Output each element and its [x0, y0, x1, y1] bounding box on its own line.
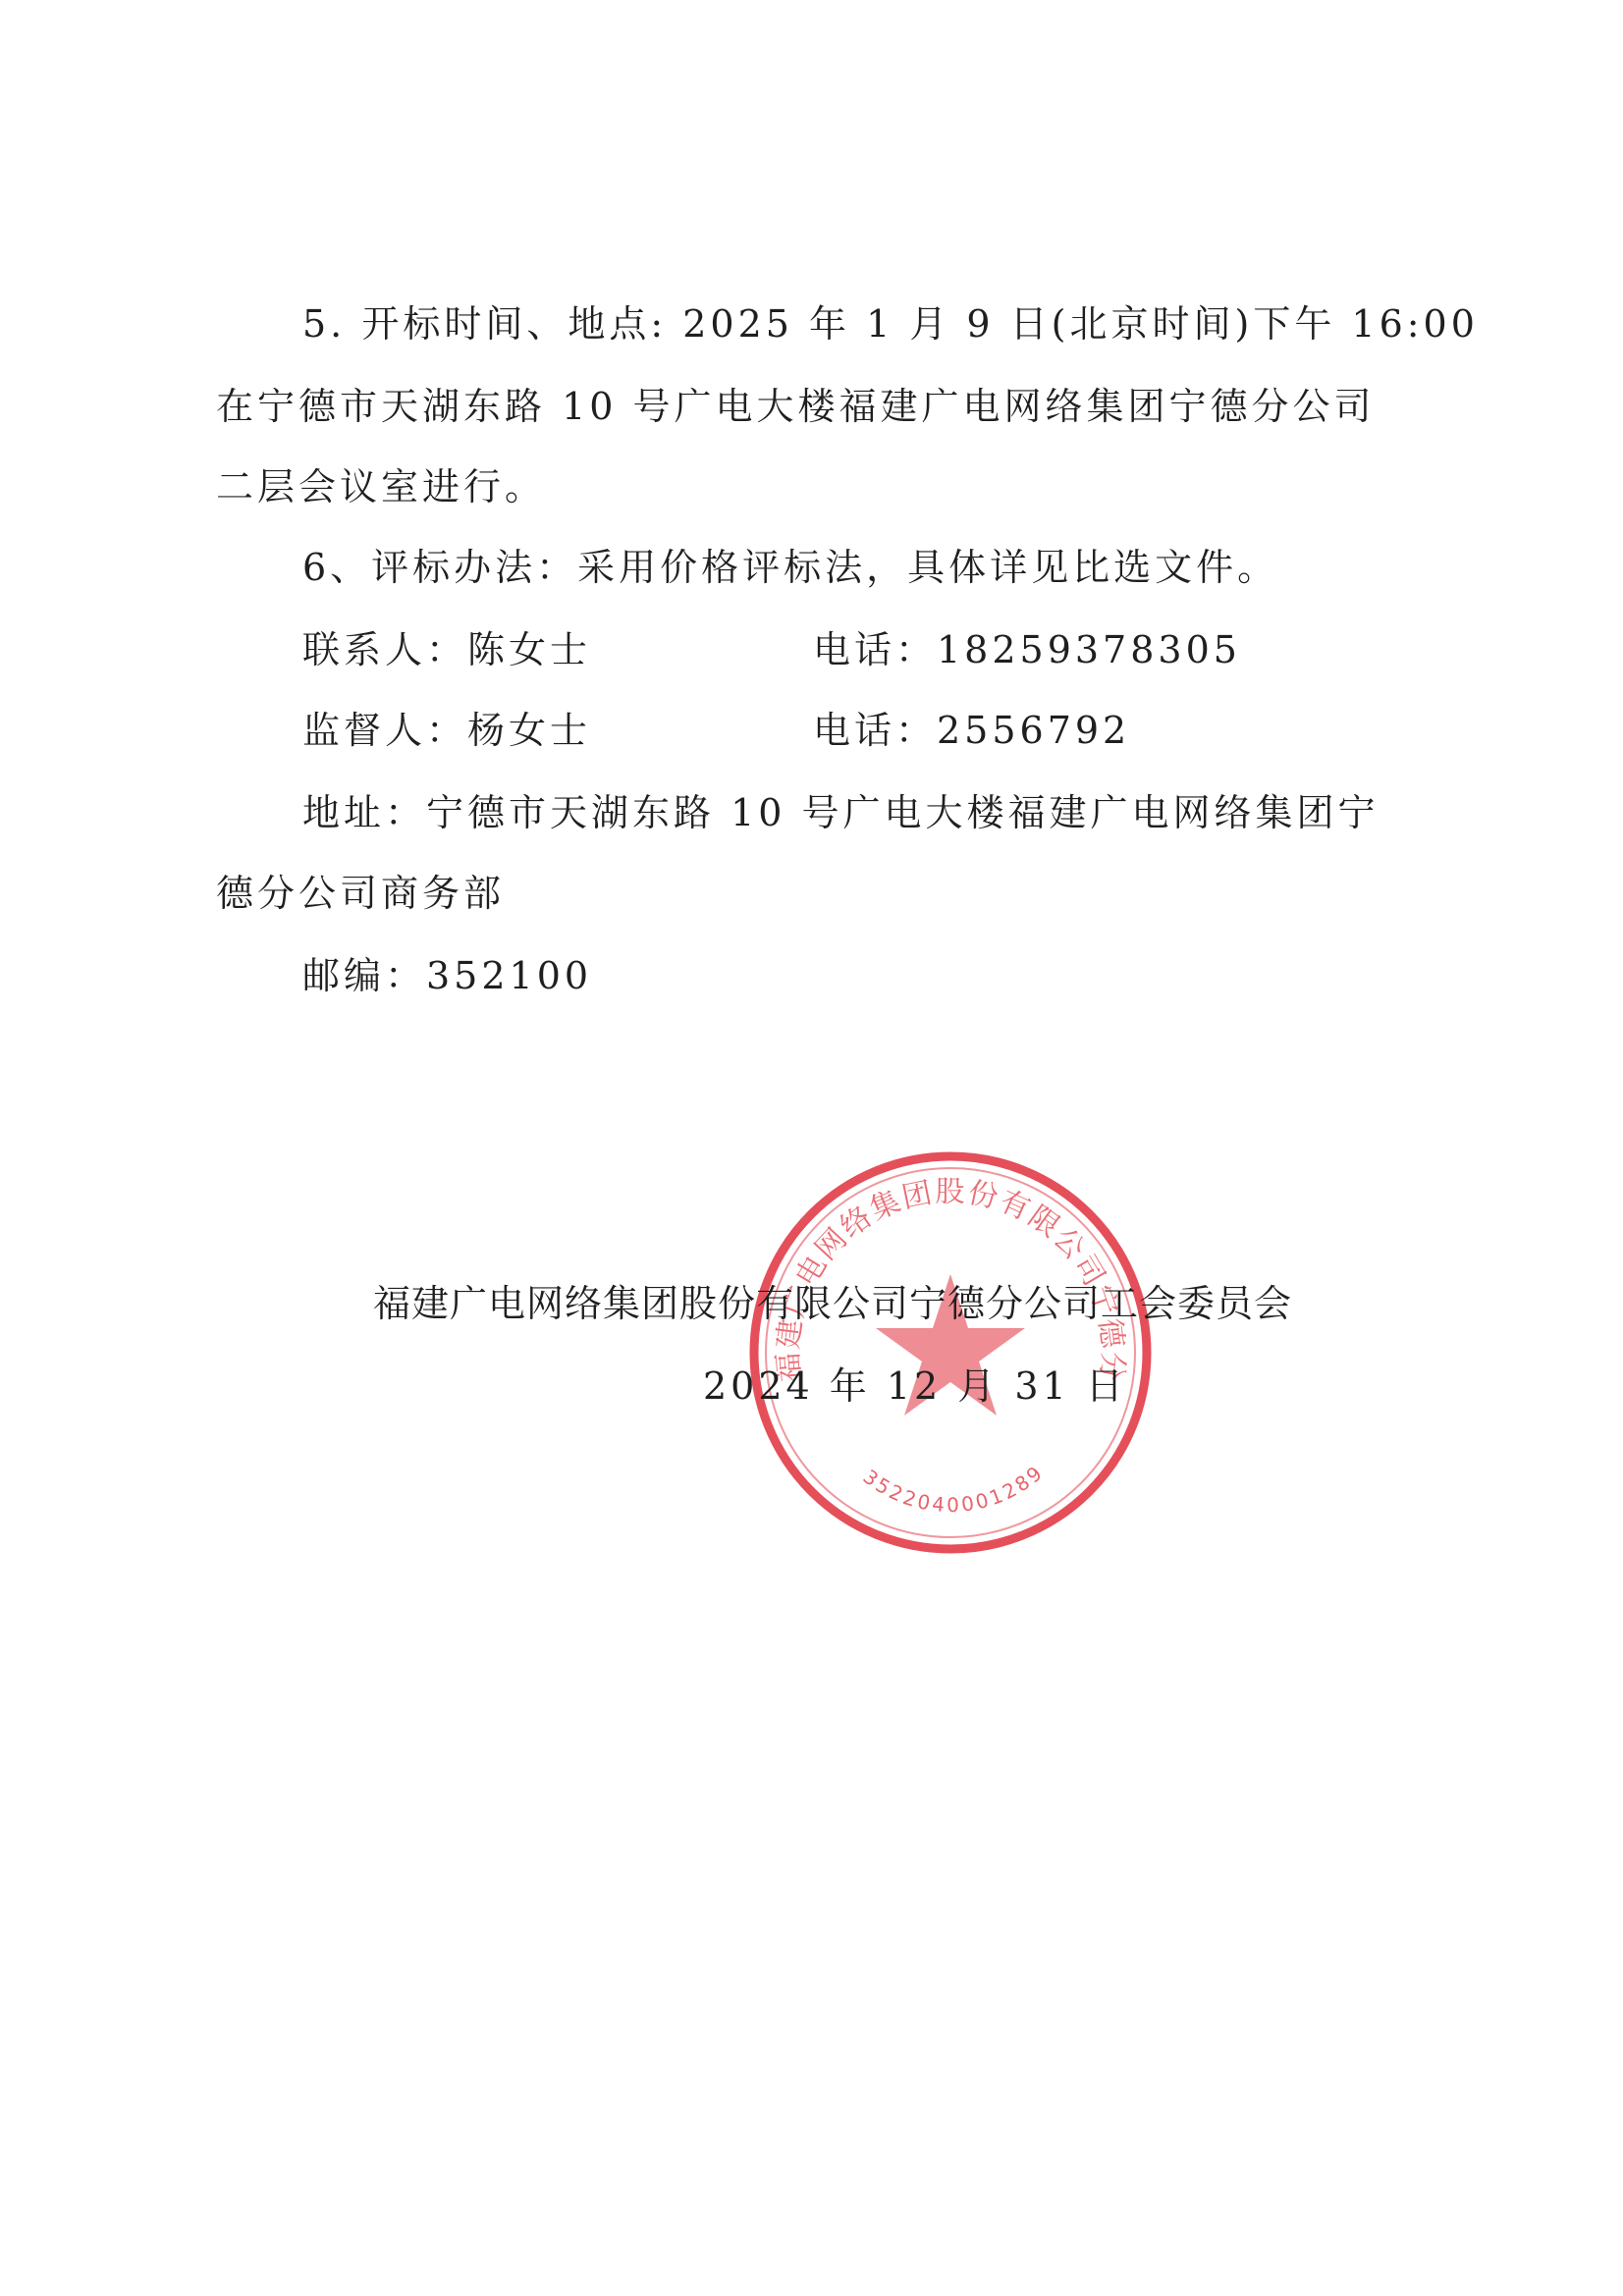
opening-time-line-3: 二层会议室进行。 [216, 463, 546, 510]
opening-time-line-1: 5. 开标时间、地点: 2025 年 1 月 9 日(北京时间)下午 16:00 [302, 300, 1479, 347]
signature-date: 2024 年 12 月 31 日 [703, 1362, 1127, 1410]
contact-phone: 电话：18259378305 [813, 628, 1241, 671]
supervisor-phone: 电话：2556792 [813, 709, 1130, 752]
svg-text:3522040001289: 3522040001289 [859, 1460, 1049, 1517]
contact-person: 联系人：陈女士 [302, 626, 813, 673]
opening-time-line-2: 在宁德市天湖东路 10 号广电大楼福建广电网络集团宁德分公司 [216, 383, 1376, 430]
seal-icon: 福建广电网络集团股份有限公司宁德分公司工会委员会 3522040001289 [744, 1147, 1157, 1559]
postcode: 邮编：352100 [302, 952, 592, 999]
evaluation-method: 6、评标办法：采用价格评标法，具体详见比选文件。 [302, 544, 1278, 591]
signature-organization: 福建广电网络集团股份有限公司宁德分公司工会委员会 [373, 1280, 1292, 1327]
supervisor-person: 监督人：杨女士 [302, 707, 813, 754]
contact-row: 联系人：陈女士电话：18259378305 [302, 626, 1241, 673]
supervisor-row: 监督人：杨女士电话：2556792 [302, 707, 1130, 754]
address-line-1: 地址：宁德市天湖东路 10 号广电大楼福建广电网络集团宁 [302, 789, 1380, 836]
official-seal: 福建广电网络集团股份有限公司宁德分公司工会委员会 3522040001289 [744, 1147, 1157, 1559]
address-line-2: 德分公司商务部 [216, 870, 505, 917]
